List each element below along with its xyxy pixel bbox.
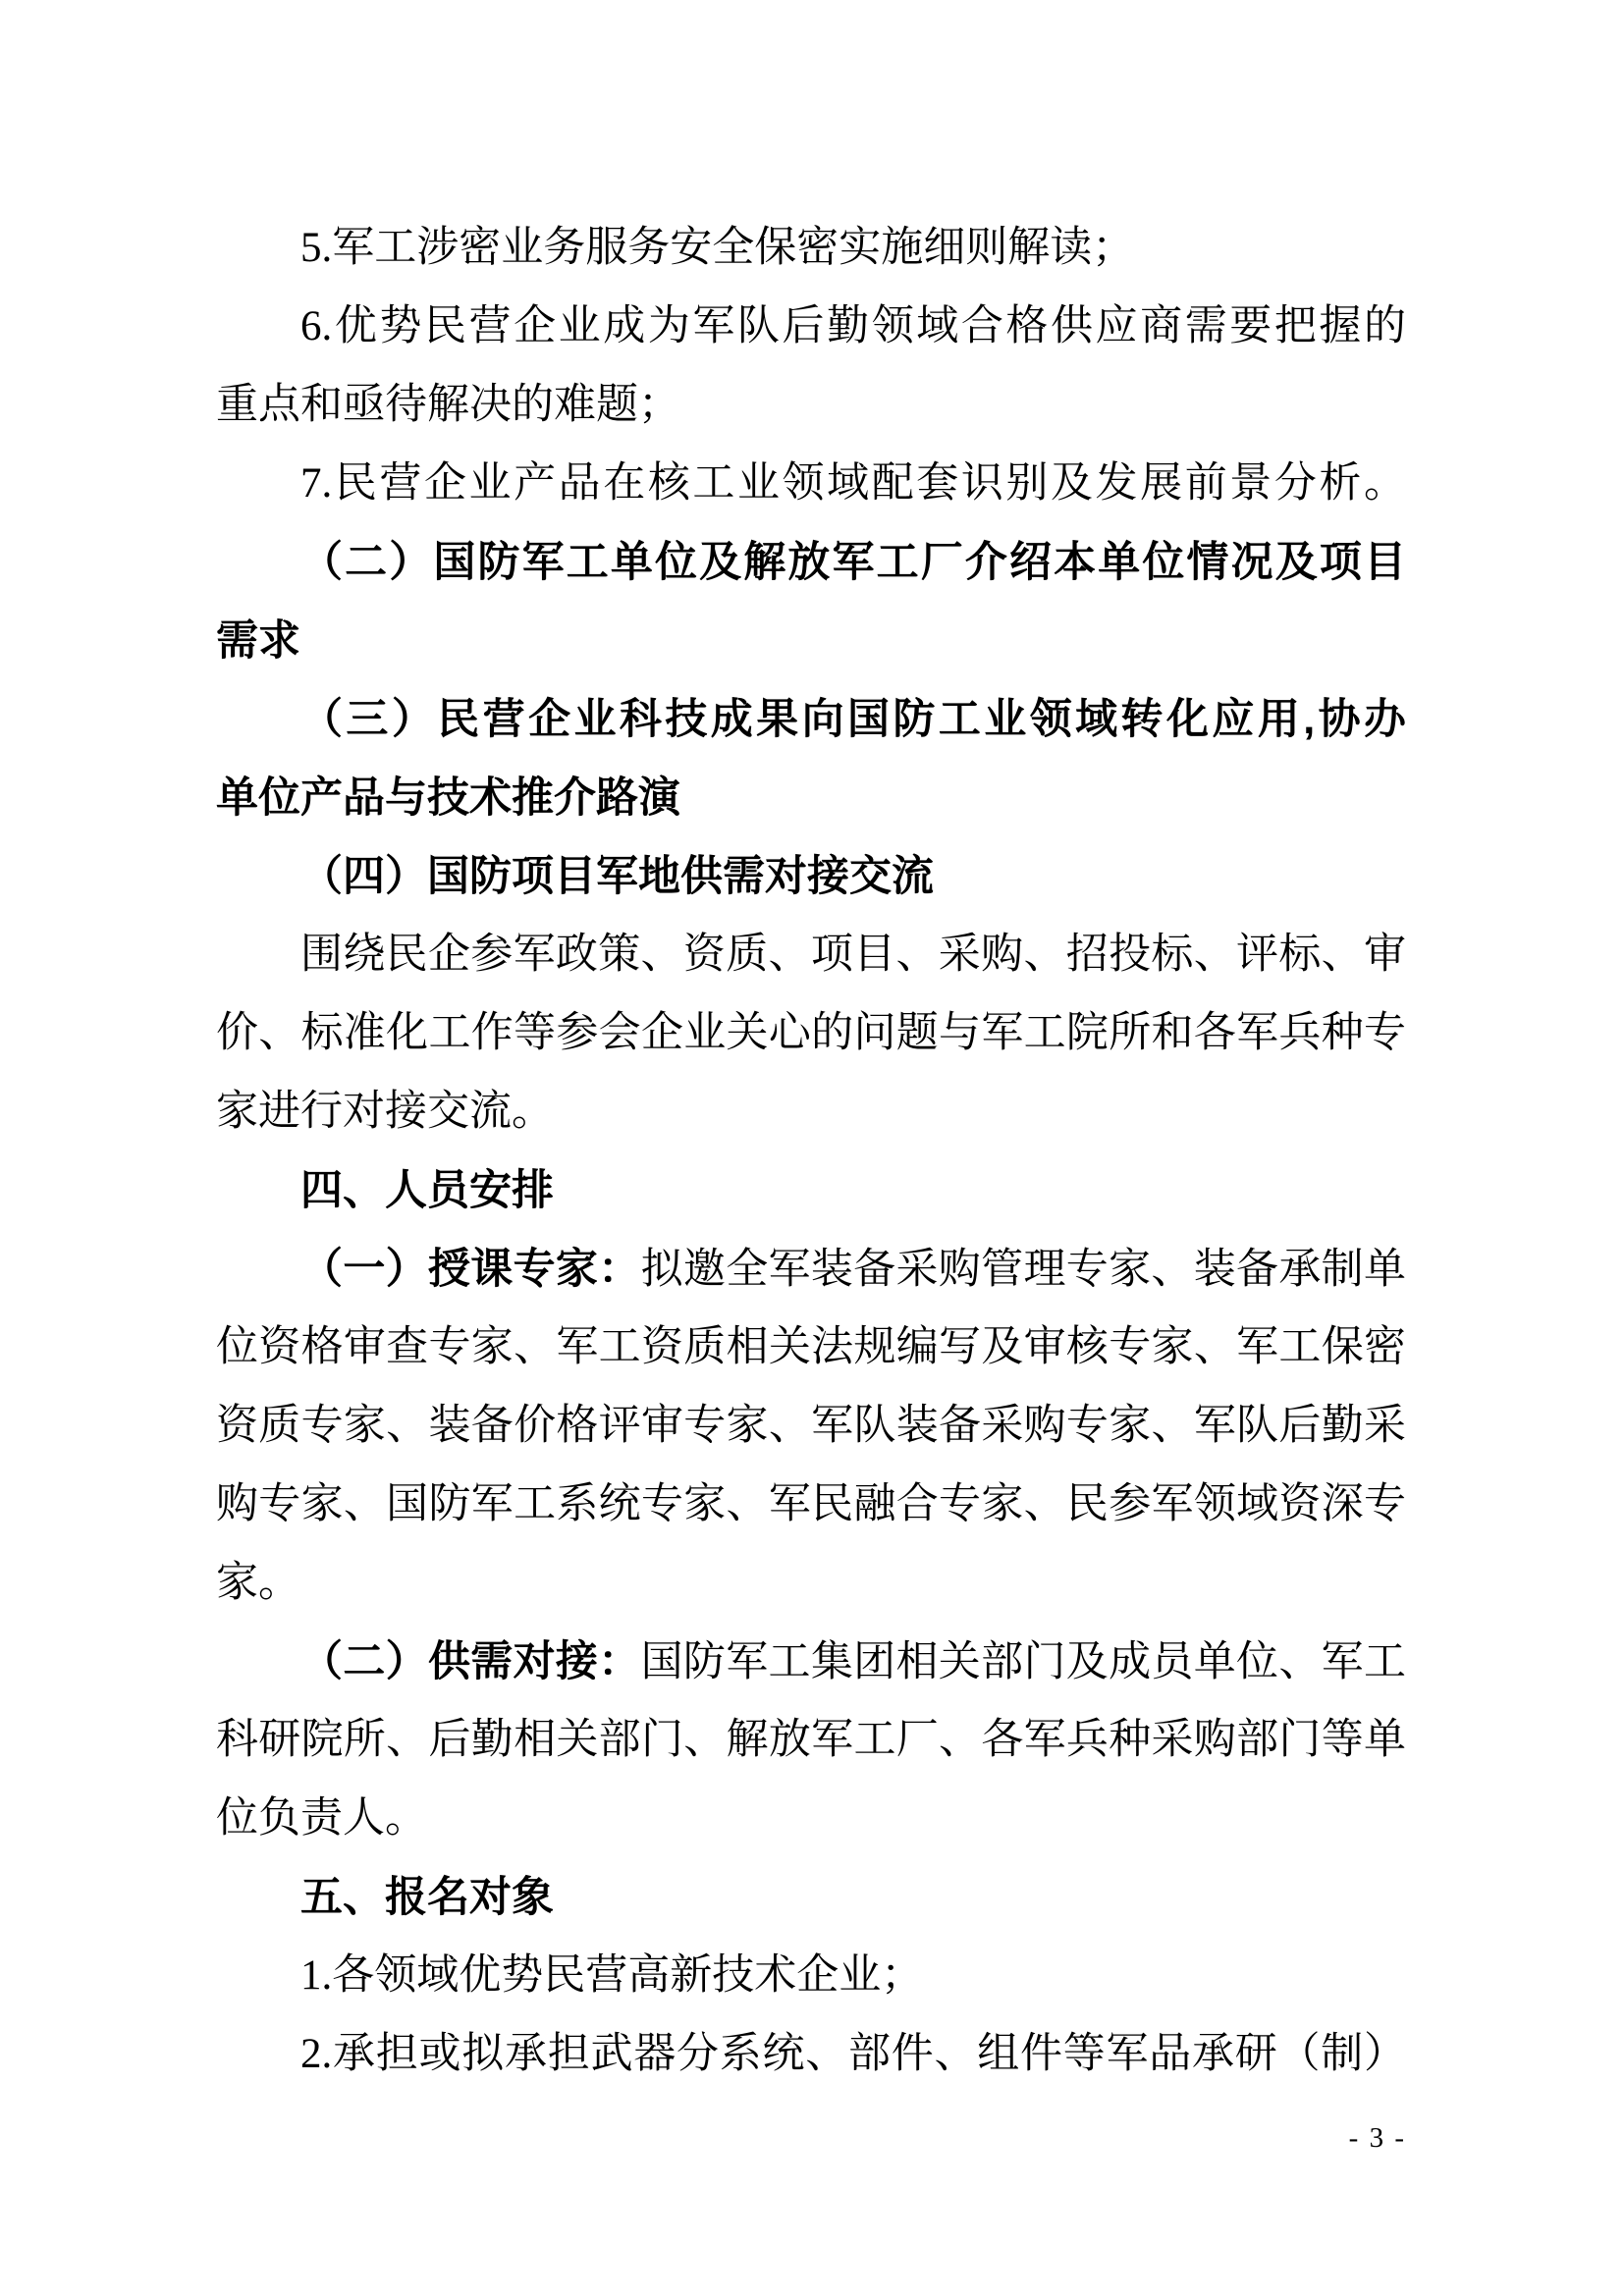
section-subheading: （三）民营企业科技成果向国防工业领域转化应用,协办 <box>216 680 1406 759</box>
document-body: 5.军工涉密业务服务安全保密实施细则解读； 6.优势民营企业成为军队后勤领域合格… <box>216 209 1406 2094</box>
run-text: 国防军工集团相关部门及成员单位、军工 <box>641 1639 1406 1685</box>
paragraph-line: 购专家、国防军工系统专家、军民融合专家、民参军领域资深专 <box>216 1466 1406 1544</box>
document-page: 5.军工涉密业务服务安全保密实施细则解读； 6.优势民营企业成为军队后勤领域合格… <box>0 0 1624 2296</box>
paragraph-line: 2.承担或拟承担武器分系统、部件、组件等军品承研（制） <box>216 2015 1406 2094</box>
paragraph-line: （二）供需对接：国防军工集团相关部门及成员单位、军工 <box>216 1623 1406 1701</box>
paragraph-line: 价、标准化工作等参会企业关心的问题与军工院所和各军兵种专 <box>216 994 1406 1073</box>
paragraph-line: 1.各领域优势民营高新技术企业； <box>216 1937 1406 2015</box>
paragraph-line: （一）授课专家：拟邀全军装备采购管理专家、装备承制单 <box>216 1230 1406 1308</box>
page-number: - 3 - <box>1349 2116 1406 2160</box>
paragraph-line: 5.军工涉密业务服务安全保密实施细则解读； <box>216 209 1406 288</box>
paragraph-line: 家。 <box>216 1544 1406 1623</box>
run-text: 拟邀全军装备采购管理专家、装备承制单 <box>641 1247 1406 1293</box>
section-heading: 五、报名对象 <box>216 1858 1406 1937</box>
run-label-bold: （二）供需对接： <box>300 1638 641 1685</box>
paragraph-line: 重点和亟待解决的难题； <box>216 366 1406 445</box>
paragraph-line: 位资格审查专家、军工资质相关法规编写及审核专家、军工保密 <box>216 1308 1406 1387</box>
run-label-bold: （一）授课专家： <box>300 1246 641 1293</box>
section-subheading: （四）国防项目军地供需对接交流 <box>216 837 1406 916</box>
section-subheading: （二）国防军工单位及解放军工厂介绍本单位情况及项目 <box>216 523 1406 602</box>
paragraph-line: 围绕民企参军政策、资质、项目、采购、招投标、评标、审 <box>216 916 1406 994</box>
section-subheading: 需求 <box>216 602 1406 680</box>
paragraph-line: 科研院所、后勤相关部门、解放军工厂、各军兵种采购部门等单 <box>216 1701 1406 1780</box>
paragraph-line: 7.民营企业产品在核工业领域配套识别及发展前景分析。 <box>216 445 1406 523</box>
paragraph-line: 位负责人。 <box>216 1780 1406 1858</box>
paragraph-line: 家进行对接交流。 <box>216 1073 1406 1151</box>
paragraph-line: 资质专家、装备价格评审专家、军队装备采购专家、军队后勤采 <box>216 1387 1406 1466</box>
section-subheading: 单位产品与技术推介路演 <box>216 759 1406 837</box>
section-heading: 四、人员安排 <box>216 1151 1406 1230</box>
paragraph-line: 6.优势民营企业成为军队后勤领域合格供应商需要把握的 <box>216 288 1406 366</box>
